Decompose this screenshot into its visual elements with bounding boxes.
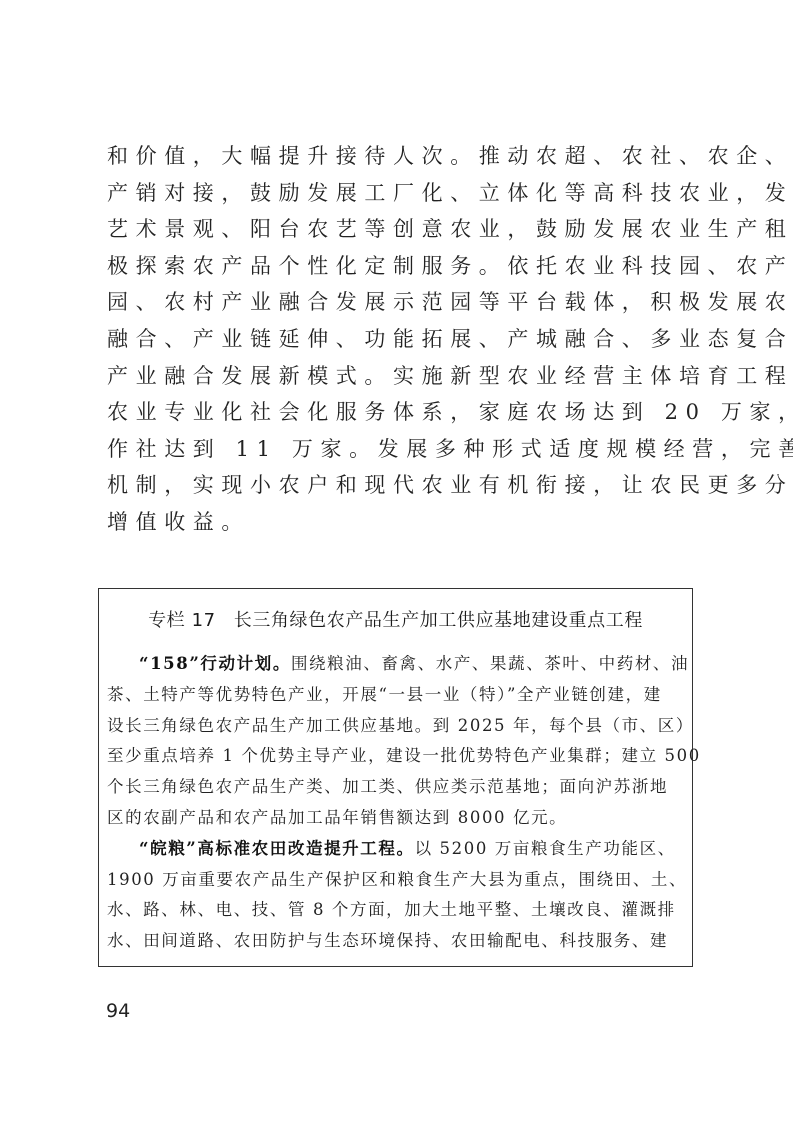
section-line: 区的农副产品和农产品加工品年销售额达到 8000 亿元。	[107, 803, 692, 834]
box-title-text: 长三角绿色农产品生产加工供应基地建设重点工程	[234, 610, 643, 631]
section-line: 设长三角绿色农产品生产加工供应基地。到 2025 年，每个县（市、区）	[107, 711, 692, 742]
body-line: 融合、产业链延伸、功能拓展、产城融合、多业态复合等农 村	[107, 321, 697, 358]
body-line: 和价值，大幅提升接待人次。推动农超、农社、农企、农校等	[107, 138, 697, 175]
section-text: 以 5200 万亩粮食生产功能区、	[415, 839, 676, 858]
section-text: 围绕粮油、畜禽、水产、果蔬、茶叶、中药材、油	[291, 654, 689, 673]
body-line: 产业融合发展新模式。实施新型农业经营主体培育工程，健 全	[107, 358, 697, 395]
section-line: 水、田间道路、农田防护与生态环境保持、农田输配电、科技服务、建	[107, 926, 692, 957]
body-line: 增值收益。	[107, 504, 697, 541]
body-line: 艺术景观、阳台农艺等创意农业，鼓励发展农业生产租赁业务， 积	[107, 211, 697, 248]
section-first-line: “158”行动计划。围绕粮油、畜禽、水产、果蔬、茶叶、中药材、油	[107, 649, 692, 680]
section-line: 个长三角绿色农产品生产类、加工类、供应类示范基地；面向沪苏浙地	[107, 772, 692, 803]
section-heading: “皖粮”高标准农田改造提升工程。	[139, 839, 415, 858]
body-line: 作社达到 11 万家。发展多种形式适度规模经营，完善利益联结	[107, 431, 697, 468]
section-heading: “158”行动计划。	[139, 654, 291, 673]
section-line: 水、路、林、电、技、管 8 个方面，加大土地平整、土壤改良、灌溉排	[107, 895, 692, 926]
body-paragraph: 和价值，大幅提升接待人次。推动农超、农社、农企、农校等 产销对接，鼓励发展工厂化…	[107, 138, 697, 541]
feature-column-box: 专栏 17长三角绿色农产品生产加工供应基地建设重点工程 “158”行动计划。围绕…	[98, 588, 693, 967]
section-line: 茶、土特产等优势特色产业，开展“一县一业（特）”全产业链创建，建	[107, 680, 692, 711]
box-body: “158”行动计划。围绕粮油、畜禽、水产、果蔬、茶叶、中药材、油 茶、土特产等优…	[107, 649, 692, 957]
body-line: 园、农村产业融合发展示范园等平台载体，积极发展农业内 部	[107, 284, 697, 321]
box-title: 专栏 17长三角绿色农产品生产加工供应基地建设重点工程	[99, 606, 692, 632]
body-line: 极探索农产品个性化定制服务。依托农业科技园、农产品加 工	[107, 248, 697, 285]
body-line: 农业专业化社会化服务体系，家庭农场达到 20 万家，农民合	[107, 394, 697, 431]
section-first-line: “皖粮”高标准农田改造提升工程。以 5200 万亩粮食生产功能区、	[107, 834, 692, 865]
page-number: 94	[106, 1000, 130, 1022]
body-line: 机制，实现小农户和现代农业有机衔接，让农民更多分享产业	[107, 467, 697, 504]
section-line: 1900 万亩重要农产品生产保护区和粮食生产大县为重点，围绕田、土、	[107, 865, 692, 896]
body-line: 产销对接，鼓励发展工厂化、立体化等高科技农业，发展农田	[107, 175, 697, 212]
section-line: 至少重点培养 1 个优势主导产业，建设一批优势特色产业集群；建立 500	[107, 741, 692, 772]
box-title-number: 专栏 17	[148, 610, 216, 631]
